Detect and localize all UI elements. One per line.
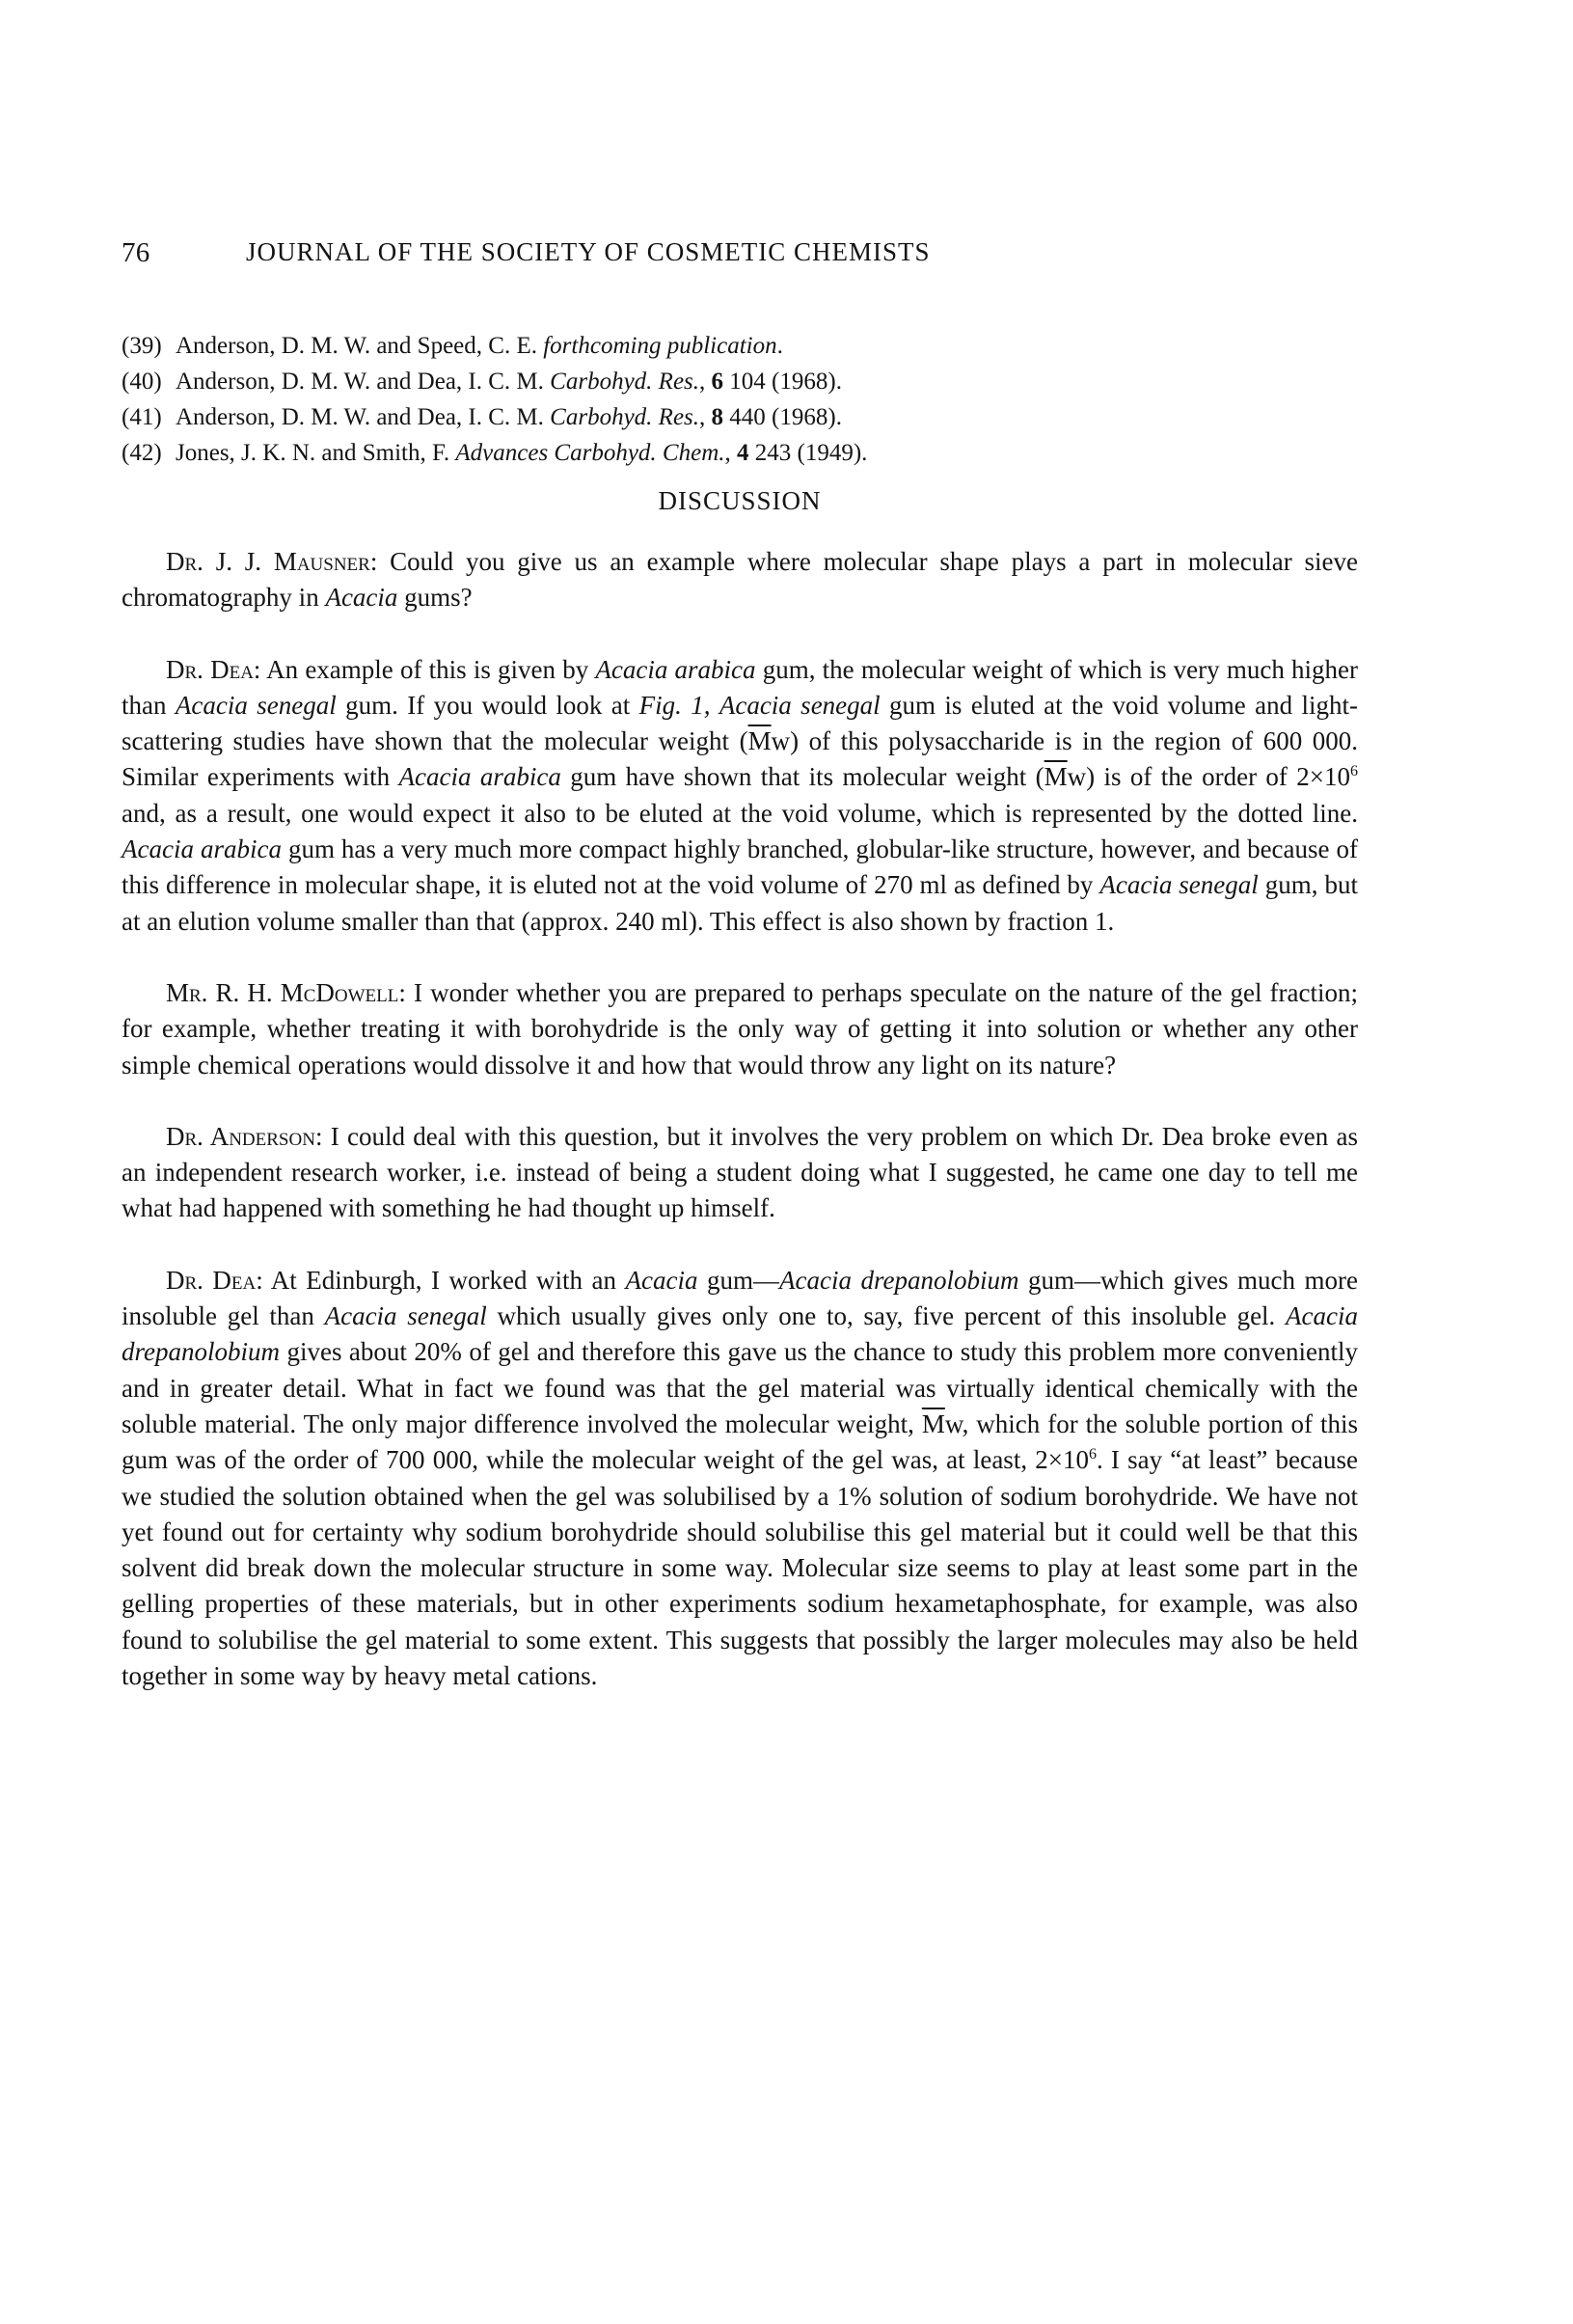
speaker-name: Mr. R. H. McDowell: — [166, 978, 406, 1007]
reference-year: (1968) — [772, 369, 836, 395]
italic-term: Acacia senegal — [176, 691, 337, 720]
discussion-paragraph: Mr. R. H. McDowell: I wonder whether you… — [122, 975, 1358, 1083]
mw-overbar-symbol: M — [922, 1409, 945, 1438]
reference-number: (40) — [122, 364, 176, 399]
italic-term: Acacia arabica — [122, 834, 282, 863]
reference-pages: 243 — [755, 440, 792, 466]
reference-number: (41) — [122, 399, 176, 435]
text-run — [710, 691, 719, 720]
reference-volume: 4 — [737, 440, 749, 466]
italic-term: Acacia — [325, 583, 397, 612]
reference-item: (41)Anderson, D. M. W. and Dea, I. C. M.… — [122, 399, 1358, 435]
italic-term: Acacia drepanolobium — [779, 1266, 1018, 1295]
speaker-name: Dr. Dea: — [166, 1266, 263, 1295]
text-run: At Edinburgh, I worked with an — [263, 1266, 626, 1295]
italic-term: Acacia — [626, 1266, 698, 1295]
exponent: 6 — [1089, 1446, 1097, 1463]
section-heading-discussion: DISCUSSION — [122, 486, 1358, 516]
discussion-paragraph: Dr. Anderson: I could deal with this que… — [122, 1119, 1358, 1227]
reference-authors: Jones, J. K. N. and Smith, F. — [176, 440, 449, 466]
speaker-name: Dr. Anderson: — [166, 1122, 322, 1151]
text-run: . I say “at least” because we studied th… — [122, 1445, 1358, 1690]
reference-authors: Anderson, D. M. W. and Dea, I. C. M. — [176, 369, 544, 395]
reference-number: (42) — [122, 435, 176, 471]
reference-year: (1968) — [772, 404, 836, 430]
text-run: gum. If you would look at — [337, 691, 639, 720]
text-run: which usually gives only one to, say, fi… — [487, 1301, 1286, 1330]
reference-item: (42)Jones, J. K. N. and Smith, F. Advanc… — [122, 435, 1358, 471]
text-run: gum have shown that its molecular weight… — [561, 762, 1044, 791]
reference-journal: Carbohyd. Res. — [550, 404, 699, 430]
reference-authors: Anderson, D. M. W. and Dea, I. C. M. — [176, 404, 544, 430]
discussion-paragraph: Dr. Dea: At Edinburgh, I worked with an … — [122, 1263, 1358, 1695]
italic-term: Acacia senegal — [719, 691, 881, 720]
text-run: w) is of the order of 2×10 — [1068, 762, 1350, 791]
journal-title: JOURNAL OF THE SOCIETY OF COSMETIC CHEMI… — [246, 237, 931, 267]
speaker-name: Dr. Dea: — [166, 655, 260, 684]
reference-item: (39)Anderson, D. M. W. and Speed, C. E. … — [122, 328, 1358, 364]
reference-pages: 440 — [729, 404, 766, 430]
text-run: gum— — [698, 1266, 780, 1295]
reference-volume: 8 — [712, 404, 724, 430]
reference-journal: Carbohyd. Res. — [550, 369, 699, 395]
reference-pages: 104 — [729, 369, 766, 395]
speaker-name: Dr. J. J. Mausner: — [166, 547, 377, 576]
reference-journal: Advances Carbohyd. Chem. — [455, 440, 724, 466]
reference-list: (39)Anderson, D. M. W. and Speed, C. E. … — [122, 328, 1358, 471]
discussion-paragraph: Dr. J. J. Mausner: Could you give us an … — [122, 544, 1358, 616]
italic-term: Acacia senegal — [1099, 870, 1258, 899]
text-run: and, as a result, one would expect it al… — [122, 799, 1358, 828]
reference-tail: . — [836, 404, 842, 430]
discussion-paragraph: Dr. Dea: An example of this is given by … — [122, 652, 1358, 940]
text-run: An example of this is given by — [260, 655, 595, 684]
italic-term: Acacia arabica — [595, 655, 755, 684]
page-number: 76 — [122, 237, 150, 269]
reference-tail: . — [861, 440, 867, 466]
reference-number: (39) — [122, 328, 176, 364]
reference-journal: forthcoming publication — [543, 333, 776, 359]
discussion-body: Dr. J. J. Mausner: Could you give us an … — [122, 544, 1358, 1730]
italic-term: Acacia senegal — [325, 1301, 487, 1330]
exponent: 6 — [1350, 763, 1358, 779]
mw-overbar-symbol: M — [748, 726, 772, 755]
italic-term: Acacia arabica — [399, 762, 561, 791]
mw-overbar-symbol: M — [1044, 762, 1068, 791]
reference-item: (40)Anderson, D. M. W. and Dea, I. C. M.… — [122, 364, 1358, 399]
reference-tail: . — [777, 333, 783, 359]
reference-year: (1949) — [798, 440, 862, 466]
reference-authors: Anderson, D. M. W. and Speed, C. E. — [176, 333, 537, 359]
running-head: 76 JOURNAL OF THE SOCIETY OF COSMETIC CH… — [122, 237, 1358, 270]
reference-volume: 6 — [712, 369, 724, 395]
reference-tail: . — [836, 369, 842, 395]
italic-term: Fig. 1, — [639, 691, 711, 720]
text-run: gums? — [397, 583, 472, 612]
